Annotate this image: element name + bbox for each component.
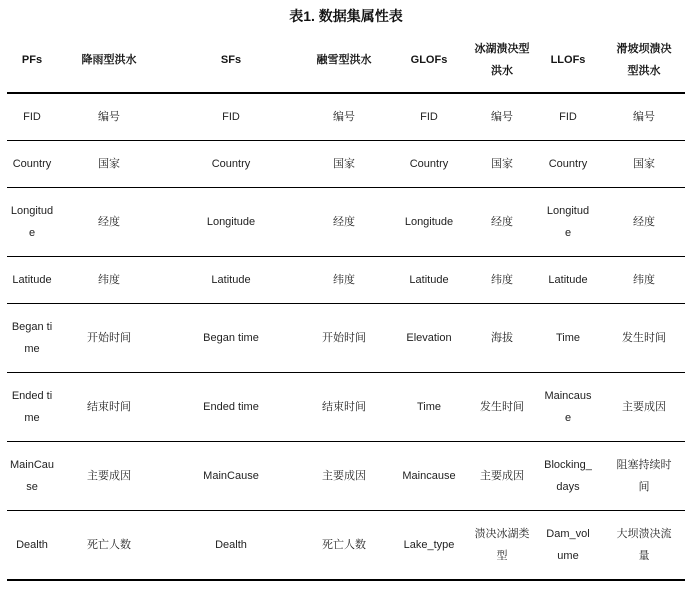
table-row: Began time 开始时间 Began time 开始时间 Elevatio… xyxy=(7,304,685,373)
table-cell: FID xyxy=(7,93,57,141)
table-cell: 编号 xyxy=(603,93,685,141)
table-cell: 主要成因 xyxy=(301,442,387,511)
table-cell: Maincause xyxy=(387,442,471,511)
table-cell: 编号 xyxy=(301,93,387,141)
table-cell: Dam_volume xyxy=(533,511,603,581)
table-cell: 编号 xyxy=(471,93,533,141)
table-cell: 大坝溃决流量 xyxy=(603,511,685,581)
table-cell: 死亡人数 xyxy=(301,511,387,581)
table-cell: 经度 xyxy=(471,188,533,257)
table-cell: Longitude xyxy=(533,188,603,257)
table-cell: 结束时间 xyxy=(57,373,161,442)
table-cell: Country xyxy=(161,141,301,188)
table-cell: 开始时间 xyxy=(301,304,387,373)
table-cell: Began time xyxy=(161,304,301,373)
table-cell: MainCause xyxy=(7,442,57,511)
table-cell: Latitude xyxy=(533,257,603,304)
table-cell: 国家 xyxy=(57,141,161,188)
table-row: Latitude 纬度 Latitude 纬度 Latitude 纬度 Lati… xyxy=(7,257,685,304)
table-cell: Longitude xyxy=(161,188,301,257)
table-cell: Time xyxy=(387,373,471,442)
header-cell-glacial-lake-flood: 冰湖溃决型洪水 xyxy=(471,28,533,93)
table-cell: FID xyxy=(387,93,471,141)
table-cell: Country xyxy=(387,141,471,188)
table-cell: Dealth xyxy=(161,511,301,581)
table-row: Longitude 经度 Longitude 经度 Longitude 经度 L… xyxy=(7,188,685,257)
table-cell: 纬度 xyxy=(471,257,533,304)
header-cell-glofs: GLOFs xyxy=(387,28,471,93)
header-cell-llofs: LLOFs xyxy=(533,28,603,93)
table-cell: Blocking_days xyxy=(533,442,603,511)
table-cell: 发生时间 xyxy=(603,304,685,373)
table-cell: Latitude xyxy=(387,257,471,304)
table-cell: Ended time xyxy=(161,373,301,442)
header-cell-landslide-dam-flood: 滑坡坝溃决型洪水 xyxy=(603,28,685,93)
header-cell-snowmelt-flood: 融雪型洪水 xyxy=(301,28,387,93)
table-cell: Began time xyxy=(7,304,57,373)
page-title: 表1. 数据集属性表 xyxy=(0,6,692,26)
table-cell: 经度 xyxy=(603,188,685,257)
table-cell: 纬度 xyxy=(603,257,685,304)
table-cell: MainCause xyxy=(161,442,301,511)
header-cell-rain-flood: 降雨型洪水 xyxy=(57,28,161,93)
table-cell: Country xyxy=(533,141,603,188)
table-cell: 编号 xyxy=(57,93,161,141)
table-row: Dealth 死亡人数 Dealth 死亡人数 Lake_type 溃决冰湖类型… xyxy=(7,511,685,581)
table-cell: 经度 xyxy=(57,188,161,257)
table-cell: 溃决冰湖类型 xyxy=(471,511,533,581)
table-row: FID 编号 FID 编号 FID 编号 FID 编号 xyxy=(7,93,685,141)
table-header-row: PFs 降雨型洪水 SFs 融雪型洪水 GLOFs 冰湖溃决型洪水 LLOFs … xyxy=(7,28,685,93)
table-cell: Longitude xyxy=(387,188,471,257)
table-cell: 纬度 xyxy=(57,257,161,304)
table-cell: Country xyxy=(7,141,57,188)
table-cell: 开始时间 xyxy=(57,304,161,373)
header-cell-pfs: PFs xyxy=(7,28,57,93)
table-row: Country 国家 Country 国家 Country 国家 Country… xyxy=(7,141,685,188)
dataset-attribute-table: PFs 降雨型洪水 SFs 融雪型洪水 GLOFs 冰湖溃决型洪水 LLOFs … xyxy=(7,28,685,581)
table-cell: 海拔 xyxy=(471,304,533,373)
table-cell: 国家 xyxy=(471,141,533,188)
table-cell: FID xyxy=(533,93,603,141)
table-cell: Dealth xyxy=(7,511,57,581)
table-cell: Latitude xyxy=(7,257,57,304)
table-cell: Ended time xyxy=(7,373,57,442)
table-cell: 主要成因 xyxy=(471,442,533,511)
table-cell: 阻塞持续时间 xyxy=(603,442,685,511)
table-cell: 国家 xyxy=(603,141,685,188)
table-cell: 国家 xyxy=(301,141,387,188)
table-cell: Maincause xyxy=(533,373,603,442)
table-cell: Time xyxy=(533,304,603,373)
table-cell: 死亡人数 xyxy=(57,511,161,581)
table-cell: Latitude xyxy=(161,257,301,304)
table-cell: 主要成因 xyxy=(603,373,685,442)
table-cell: 结束时间 xyxy=(301,373,387,442)
table-cell: FID xyxy=(161,93,301,141)
table-cell: Lake_type xyxy=(387,511,471,581)
header-cell-sfs: SFs xyxy=(161,28,301,93)
table-cell: Longitude xyxy=(7,188,57,257)
table-cell: 纬度 xyxy=(301,257,387,304)
table-cell: 主要成因 xyxy=(57,442,161,511)
table-row: Ended time 结束时间 Ended time 结束时间 Time 发生时… xyxy=(7,373,685,442)
table-cell: 经度 xyxy=(301,188,387,257)
table-row: MainCause 主要成因 MainCause 主要成因 Maincause … xyxy=(7,442,685,511)
table-cell: 发生时间 xyxy=(471,373,533,442)
table-cell: Elevation xyxy=(387,304,471,373)
